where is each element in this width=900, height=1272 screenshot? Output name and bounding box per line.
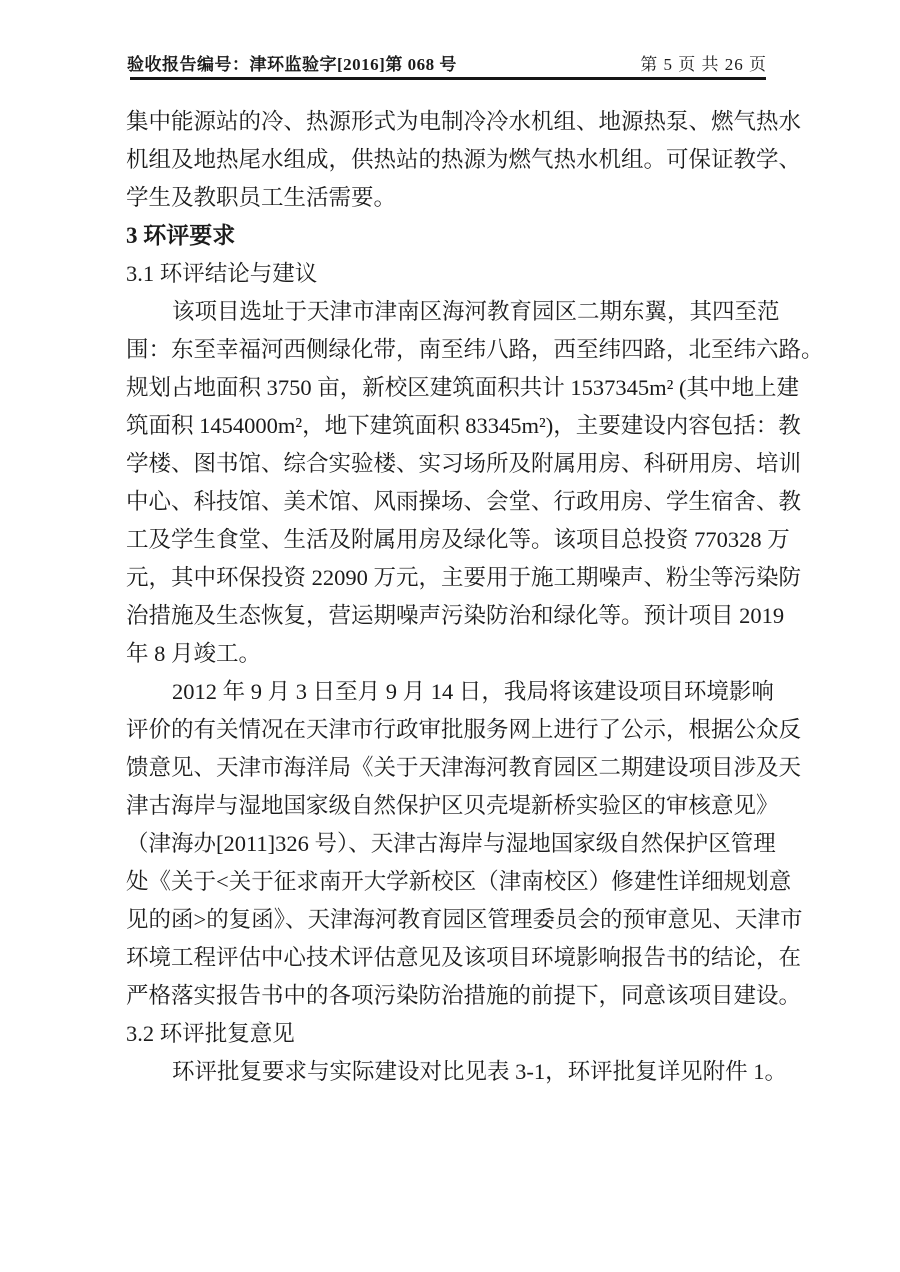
text-line: 环境工程评估中心技术评估意见及该项目环境影响报告书的结论，在 xyxy=(126,939,796,977)
text-line: 工及学生食堂、生活及附属用房及绿化等。该项目总投资 770328 万 xyxy=(126,521,796,559)
text-line: 学楼、图书馆、综合实验楼、实习场所及附属用房、科研用房、培训 xyxy=(126,445,796,483)
text-line: 见的函>的复函》、天津海河教育园区管理委员会的预审意见、天津市 xyxy=(126,901,796,939)
text-line: 学生及教职员工生活需要。 xyxy=(126,179,796,217)
text-line: 治措施及生态恢复，营运期噪声污染防治和绿化等。预计项目 2019 xyxy=(126,597,796,635)
text-line: 规划占地面积 3750 亩，新校区建筑面积共计 1537345m² (其中地上建 xyxy=(126,369,796,407)
text-line: 2012 年 9 月 3 日至月 9 月 14 日，我局将该建设项目环境影响 xyxy=(126,673,796,711)
text-line: 该项目选址于天津市津南区海河教育园区二期东翼，其四至范 xyxy=(126,293,796,331)
text-line: （津海办[2011]326 号）、天津古海岸与湿地国家级自然保护区管理 xyxy=(126,825,796,863)
text-line: 围：东至幸福河西侧绿化带，南至纬八路，西至纬四路，北至纬六路。 xyxy=(126,331,796,369)
text-line: 中心、科技馆、美术馆、风雨操场、会堂、行政用房、学生宿舍、教 xyxy=(126,483,796,521)
document-page: 验收报告编号：津环监验字[2016]第 068 号 第 5 页 共 26 页 集… xyxy=(0,0,900,1272)
subsection-heading: 3.1 环评结论与建议 xyxy=(126,255,796,293)
section-heading: 3 环评要求 xyxy=(126,217,796,255)
report-number: 验收报告编号：津环监验字[2016]第 068 号 xyxy=(127,50,457,75)
document-body: 集中能源站的冷、热源形式为电制冷冷水机组、地源热泵、燃气热水 机组及地热尾水组成… xyxy=(126,103,796,1091)
text-line: 年 8 月竣工。 xyxy=(126,635,796,673)
text-line: 元，其中环保投资 22090 万元，主要用于施工期噪声、粉尘等污染防 xyxy=(126,559,796,597)
text-line: 筑面积 1454000m²，地下建筑面积 83345m²)，主要建设内容包括：教 xyxy=(126,407,796,445)
text-line: 处《关于<关于征求南开大学新校区（津南校区）修建性详细规划意 xyxy=(126,863,796,901)
page-header: 验收报告编号：津环监验字[2016]第 068 号 第 5 页 共 26 页 xyxy=(127,50,767,75)
text-line: 机组及地热尾水组成，供热站的热源为燃气热水机组。可保证教学、 xyxy=(126,141,796,179)
text-line: 津古海岸与湿地国家级自然保护区贝壳堤新桥实验区的审核意见》 xyxy=(126,787,796,825)
page-indicator: 第 5 页 共 26 页 xyxy=(640,50,767,75)
subsection-heading: 3.2 环评批复意见 xyxy=(126,1015,796,1053)
text-line: 评价的有关情况在天津市行政审批服务网上进行了公示，根据公众反 xyxy=(126,711,796,749)
text-line: 馈意见、天津市海洋局《关于天津海河教育园区二期建设项目涉及天 xyxy=(126,749,796,787)
text-line: 严格落实报告书中的各项污染防治措施的前提下，同意该项目建设。 xyxy=(126,977,796,1015)
text-line: 环评批复要求与实际建设对比见表 3-1，环评批复详见附件 1。 xyxy=(126,1053,796,1091)
text-line: 集中能源站的冷、热源形式为电制冷冷水机组、地源热泵、燃气热水 xyxy=(126,103,796,141)
header-divider xyxy=(130,77,766,80)
